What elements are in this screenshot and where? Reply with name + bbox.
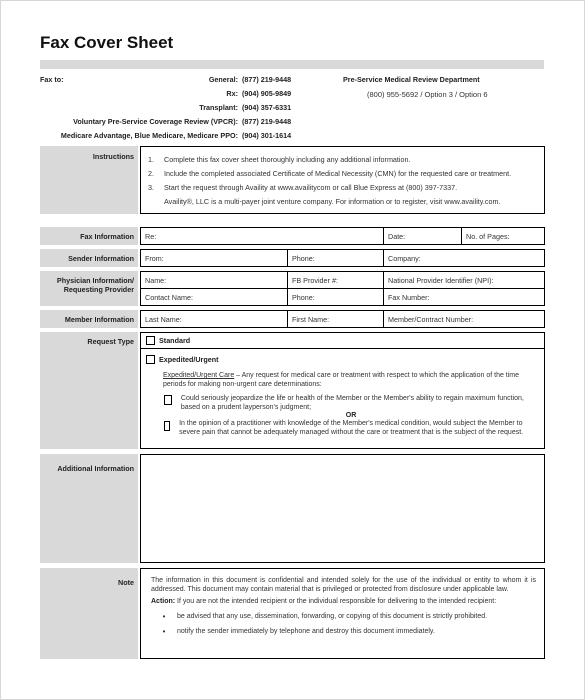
sender-information-fields: From: Phone: Company: [140,249,545,267]
criterion-item: In the opinion of a practitioner with kn… [164,420,533,437]
contact-row: Rx: (904) 905-9849 [40,89,294,103]
department-phone: (800) 955-5692 / Option 3 / Option 6 [367,90,488,99]
standard-checkbox[interactable] [146,336,155,345]
action-text: If you are not the intended recipient or… [175,598,496,605]
contact-row: Transplant: (904) 357-6331 [40,103,294,117]
instruction-number: 1. [148,155,164,164]
from-field[interactable]: From: [141,250,287,266]
contact-label: Transplant: [199,103,242,117]
note-label: Note [40,568,138,659]
npi-field[interactable]: National Provider Identifier (NPI): [383,272,544,288]
criterion-item: Could seriously jeopardize the life or h… [164,395,531,412]
fax-information-label: Fax Information [40,227,138,245]
instruction-text: Start the request through Availity at ww… [164,183,457,192]
contact-number: (904) 905-9849 [242,89,294,103]
contact-numbers-list: General: (877) 219-9448 Rx: (904) 905-98… [40,75,294,145]
additional-information-section: Additional Information [40,454,545,563]
number-of-pages-field[interactable]: No. of Pages: [461,228,544,244]
note-bullet-text: be advised that any use, dissemination, … [177,613,487,620]
request-type-label: Request Type [40,332,138,449]
note-bullet-item: • be advised that any use, dissemination… [151,609,536,624]
instructions-label: Instructions [40,146,138,214]
availity-note: Availity®, LLC is a multi-payer joint ve… [164,197,500,206]
contact-name-field[interactable]: Contact Name: [141,289,287,305]
member-information-label: Member Information [40,310,138,328]
instruction-text: Include the completed associated Certifi… [164,169,511,178]
additional-information-field[interactable] [140,454,545,563]
fax-information-section: Fax Information Re: Date: No. of Pages: [40,227,545,245]
contact-row: Voluntary Pre-Service Coverage Review (V… [40,117,294,131]
re-field[interactable]: Re: [141,228,383,244]
physician-information-label: Physician Information/ Requesting Provid… [40,271,138,306]
member-contract-number-field[interactable]: Member/Contract Number: [383,311,544,327]
instruction-item: 2. Include the completed associated Cert… [148,166,538,180]
expedited-label: Expedited/Urgent [159,355,219,364]
expedited-block: Expedited/Urgent Expedited/Urgent Care –… [141,349,544,437]
sender-information-label: Sender Information [40,249,138,267]
physician-phone-field[interactable]: Phone: [287,289,383,305]
instruction-item: Availity®, LLC is a multi-payer joint ve… [148,194,538,208]
expedited-checkbox[interactable] [146,355,155,364]
date-field[interactable]: Date: [383,228,461,244]
contact-label: Medicare Advantage, Blue Medicare, Medic… [61,131,242,145]
contact-label: General: [209,75,242,89]
standard-option[interactable]: Standard [141,333,544,349]
last-name-field[interactable]: Last Name: [141,311,287,327]
instruction-item: 3. Start the request through Availity at… [148,180,538,194]
fax-number-field[interactable]: Fax Number: [383,289,544,305]
sender-information-section: Sender Information From: Phone: Company: [40,249,545,267]
physician-information-section: Physician Information/ Requesting Provid… [40,271,545,306]
criterion-checkbox[interactable] [164,395,172,405]
fb-provider-number-field[interactable]: FB Provider #: [287,272,383,288]
instruction-number: 3. [148,183,164,192]
criterion-text: Could seriously jeopardize the life or h… [181,395,531,412]
physician-label-line2: Requesting Provider [40,285,134,294]
fax-information-fields: Re: Date: No. of Pages: [140,227,545,245]
instruction-item: 1. Complete this fax cover sheet thoroug… [148,152,538,166]
first-name-field[interactable]: First Name: [287,311,383,327]
action-line: Action: If you are not the intended reci… [151,598,536,607]
title-divider-bar [40,60,544,69]
expedited-definition: Expedited/Urgent Care – Any request for … [163,372,531,389]
or-separator: OR [163,412,539,420]
definition-term: Expedited/Urgent Care [163,372,234,379]
action-label: Action: [151,598,175,605]
sender-phone-field[interactable]: Phone: [287,250,383,266]
bullet-icon: • [151,627,177,636]
confidentiality-text: The information in this document is conf… [151,577,536,594]
request-type-box: Standard Expedited/Urgent Expedited/Urge… [140,332,545,449]
contact-number: (877) 219-9448 [242,117,294,131]
standard-label: Standard [159,336,190,345]
member-information-fields: Last Name: First Name: Member/Contract N… [140,310,545,328]
physician-label-line1: Physician Information/ [40,276,134,285]
instruction-number: 2. [148,169,164,178]
request-type-section: Request Type Standard Expedited/Urgent E… [40,332,545,449]
note-section: Note The information in this document is… [40,568,545,659]
department-name: Pre-Service Medical Review Department [343,75,480,84]
instructions-section: Instructions 1. Complete this fax cover … [40,146,545,214]
note-bullet-item: • notify the sender immediately by telep… [151,624,536,639]
company-field[interactable]: Company: [383,250,544,266]
member-information-section: Member Information Last Name: First Name… [40,310,545,328]
expedited-option[interactable]: Expedited/Urgent [146,353,539,365]
instruction-text: Complete this fax cover sheet thoroughly… [164,155,411,164]
contact-number: (904) 357-6331 [242,103,294,117]
contact-number: (877) 219-9448 [242,75,294,89]
physician-name-field[interactable]: Name: [141,272,287,288]
criterion-text: In the opinion of a practitioner with kn… [179,420,533,437]
contact-label: Rx: [226,89,242,103]
bullet-icon: • [151,612,177,621]
instructions-box: 1. Complete this fax cover sheet thoroug… [140,146,545,214]
contact-row: General: (877) 219-9448 [40,75,294,89]
note-bullet-text: notify the sender immediately by telepho… [177,628,435,635]
contact-number: (904) 301-1614 [242,131,294,145]
contact-row: Medicare Advantage, Blue Medicare, Medic… [40,131,294,145]
page-title: Fax Cover Sheet [40,33,173,53]
criterion-checkbox[interactable] [164,421,170,431]
physician-information-fields: Name: FB Provider #: National Provider I… [140,271,545,306]
additional-information-label: Additional Information [40,454,138,563]
contact-label: Voluntary Pre-Service Coverage Review (V… [73,117,242,131]
note-box: The information in this document is conf… [140,568,545,659]
